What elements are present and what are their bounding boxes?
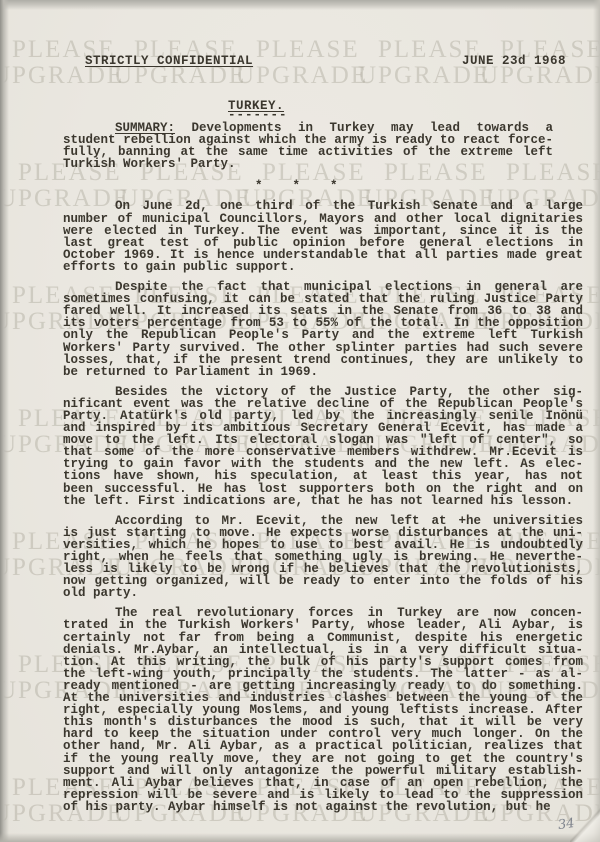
scanned-document-page: PLEASEUPGRADEPLEASEUPGRADEPLEASEUPGRADEP… xyxy=(0,0,600,842)
text-line: tions have shown, his speculation, at le… xyxy=(63,470,583,482)
text-line: efforts to gain public support. xyxy=(63,261,583,273)
scan-edge-bottom xyxy=(0,833,600,842)
text-line: denials. Mr.Aybar, an intellectual, is i… xyxy=(63,644,583,656)
document-header: STRICTLY CONFIDENTIAL JUNE 23d 1968 xyxy=(0,54,600,68)
paragraphs-container: On June 2d, one third of the Turkish Sen… xyxy=(63,200,583,813)
page-corner-curl xyxy=(570,802,600,842)
text-line: support and will only antagonize the pow… xyxy=(63,765,583,777)
text-line: number of municipal Councillors, Mayors … xyxy=(63,213,583,225)
paragraph: According to Mr. Ecevit, the new left at… xyxy=(63,515,583,600)
text-line: losses, that, if the present trend conti… xyxy=(63,354,583,366)
date-label: JUNE 23d 1968 xyxy=(462,54,566,68)
text-line: other hand, Mr. Ali Aybar, as a practica… xyxy=(63,740,583,752)
text-line: be returned to Parliament in 1969. xyxy=(63,366,583,378)
text-line: if the young really move, they are not g… xyxy=(63,753,583,765)
text-line: ment. Ali Aybar believes that, in case o… xyxy=(63,777,583,789)
text-line: Workers' Party survived. The other splin… xyxy=(63,342,583,354)
summary-lines: student rebellion against which the army… xyxy=(63,134,553,170)
title-underline-dashes: ------- xyxy=(228,113,288,118)
text-line: Turkish Workers' Party. xyxy=(63,158,553,170)
document-body: SUMMARY: Developments in Turkey may lead… xyxy=(63,122,583,813)
summary-paragraph: SUMMARY: Developments in Turkey may lead… xyxy=(63,122,553,170)
text-line: trated in the Turkish Workers' Party, wh… xyxy=(63,619,583,631)
scan-edge-right xyxy=(593,0,600,842)
title-block: TURKEY. ------- xyxy=(228,99,288,118)
text-line: On June 2d, one third of the Turkish Sen… xyxy=(63,200,583,212)
text-line: of his party. Aybar himself is not again… xyxy=(63,801,583,813)
paragraph: On June 2d, one third of the Turkish Sen… xyxy=(63,200,583,273)
scan-edge-left xyxy=(0,0,9,842)
text-line: been successful. He has lost supporters … xyxy=(63,483,583,495)
text-line: certainly not far from being a Communist… xyxy=(63,632,583,644)
scan-edge-top xyxy=(0,0,600,10)
paragraph: The real revolutionary forces in Turkey … xyxy=(63,607,583,813)
paragraph: Despite the fact that municipal election… xyxy=(63,281,583,378)
text-line: only the Republican People's Party and t… xyxy=(63,329,583,341)
text-line: According to Mr. Ecevit, the new left at… xyxy=(63,515,583,527)
text-line: now getting organized, will be ready to … xyxy=(63,575,583,587)
text-line: the left. First indications are, that he… xyxy=(63,495,583,507)
asterisk-separator: * * * xyxy=(63,180,583,192)
text-line: were elected in Turkey. The event was im… xyxy=(63,225,583,237)
classification-label: STRICTLY CONFIDENTIAL xyxy=(85,54,253,68)
text-line: old party. xyxy=(63,587,583,599)
paragraph: Besides the victory of the Justice Party… xyxy=(63,386,583,507)
